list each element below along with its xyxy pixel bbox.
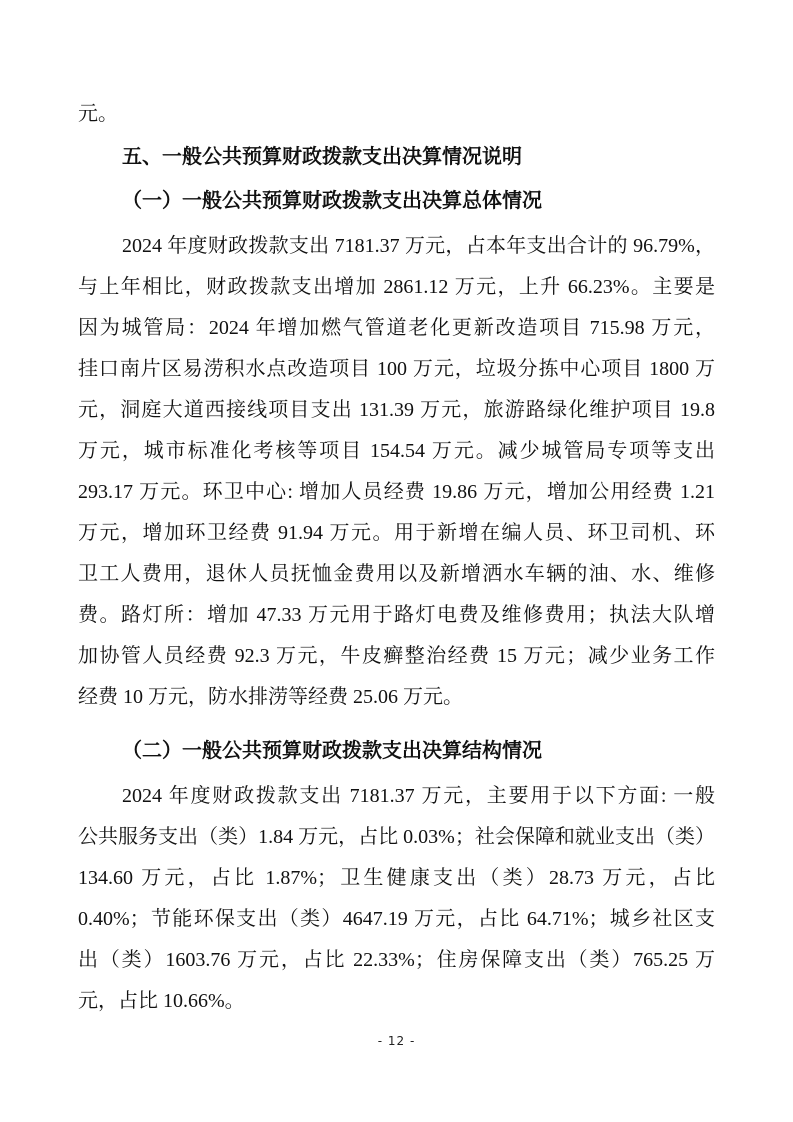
paragraph-line: 与上年相比，财政拨款支出增加 2861.12 万元，上升 66.23%。主要是 [78, 267, 715, 308]
paragraph-line: 卫工人费用，退休人员抚恤金费用以及新增洒水车辆的油、水、维修 [78, 554, 715, 595]
para-continuation-line: 元。 [78, 94, 715, 135]
subsection-heading: （二）一般公共预算财政拨款支出决算结构情况 [78, 731, 715, 772]
document-body: 元。 五、一般公共预算财政拨款支出决算情况说明 （一）一般公共预算财政拨款支出决… [78, 94, 715, 1022]
document-page: 元。 五、一般公共预算财政拨款支出决算情况说明 （一）一般公共预算财政拨款支出决… [0, 0, 793, 1122]
page-number: - 12 - [0, 1031, 793, 1051]
section-heading: 五、一般公共预算财政拨款支出决算情况说明 [78, 137, 715, 178]
paragraph-line: 134.60 万元，占比 1.87%；卫生健康支出（类）28.73 万元，占比 [78, 858, 715, 899]
paragraph-line: 293.17 万元。环卫中心: 增加人员经费 19.86 万元，增加公用经费 1… [78, 472, 715, 513]
paragraph-line: 万元，城市标准化考核等项目 154.54 万元。减少城管局专项等支出 [78, 431, 715, 472]
paragraph-line: 费。路灯所：增加 47.33 万元用于路灯电费及维修费用；执法大队增 [78, 595, 715, 636]
paragraph-line: 元，占比 10.66%。 [78, 981, 715, 1022]
paragraph-line: 元，洞庭大道西接线项目支出 131.39 万元，旅游路绿化维护项目 19.8 [78, 390, 715, 431]
paragraph-line: 加协管人员经费 92.3 万元，牛皮癣整治经费 15 万元；减少业务工作 [78, 636, 715, 677]
paragraph-line: 2024 年度财政拨款支出 7181.37 万元，占本年支出合计的 96.79%… [78, 226, 715, 267]
paragraph-line: 因为城管局：2024 年增加燃气管道老化更新改造项目 715.98 万元， [78, 308, 715, 349]
paragraph-line: 2024 年度财政拨款支出 7181.37 万元，主要用于以下方面: 一般 [78, 776, 715, 817]
paragraph-line: 万元，增加环卫经费 91.94 万元。用于新增在编人员、环卫司机、环 [78, 513, 715, 554]
paragraph-line: 公共服务支出（类）1.84 万元，占比 0.03%；社会保障和就业支出（类） [78, 817, 715, 858]
paragraph-line: 挂口南片区易涝积水点改造项目 100 万元，垃圾分拣中心项目 1800 万 [78, 349, 715, 390]
paragraph-line: 经费 10 万元，防水排涝等经费 25.06 万元。 [78, 677, 715, 718]
paragraph-line: 0.40%；节能环保支出（类）4647.19 万元，占比 64.71%；城乡社区… [78, 899, 715, 940]
subsection-heading: （一）一般公共预算财政拨款支出决算总体情况 [78, 181, 715, 222]
paragraph-line: 出（类）1603.76 万元，占比 22.33%；住房保障支出（类）765.25… [78, 940, 715, 981]
